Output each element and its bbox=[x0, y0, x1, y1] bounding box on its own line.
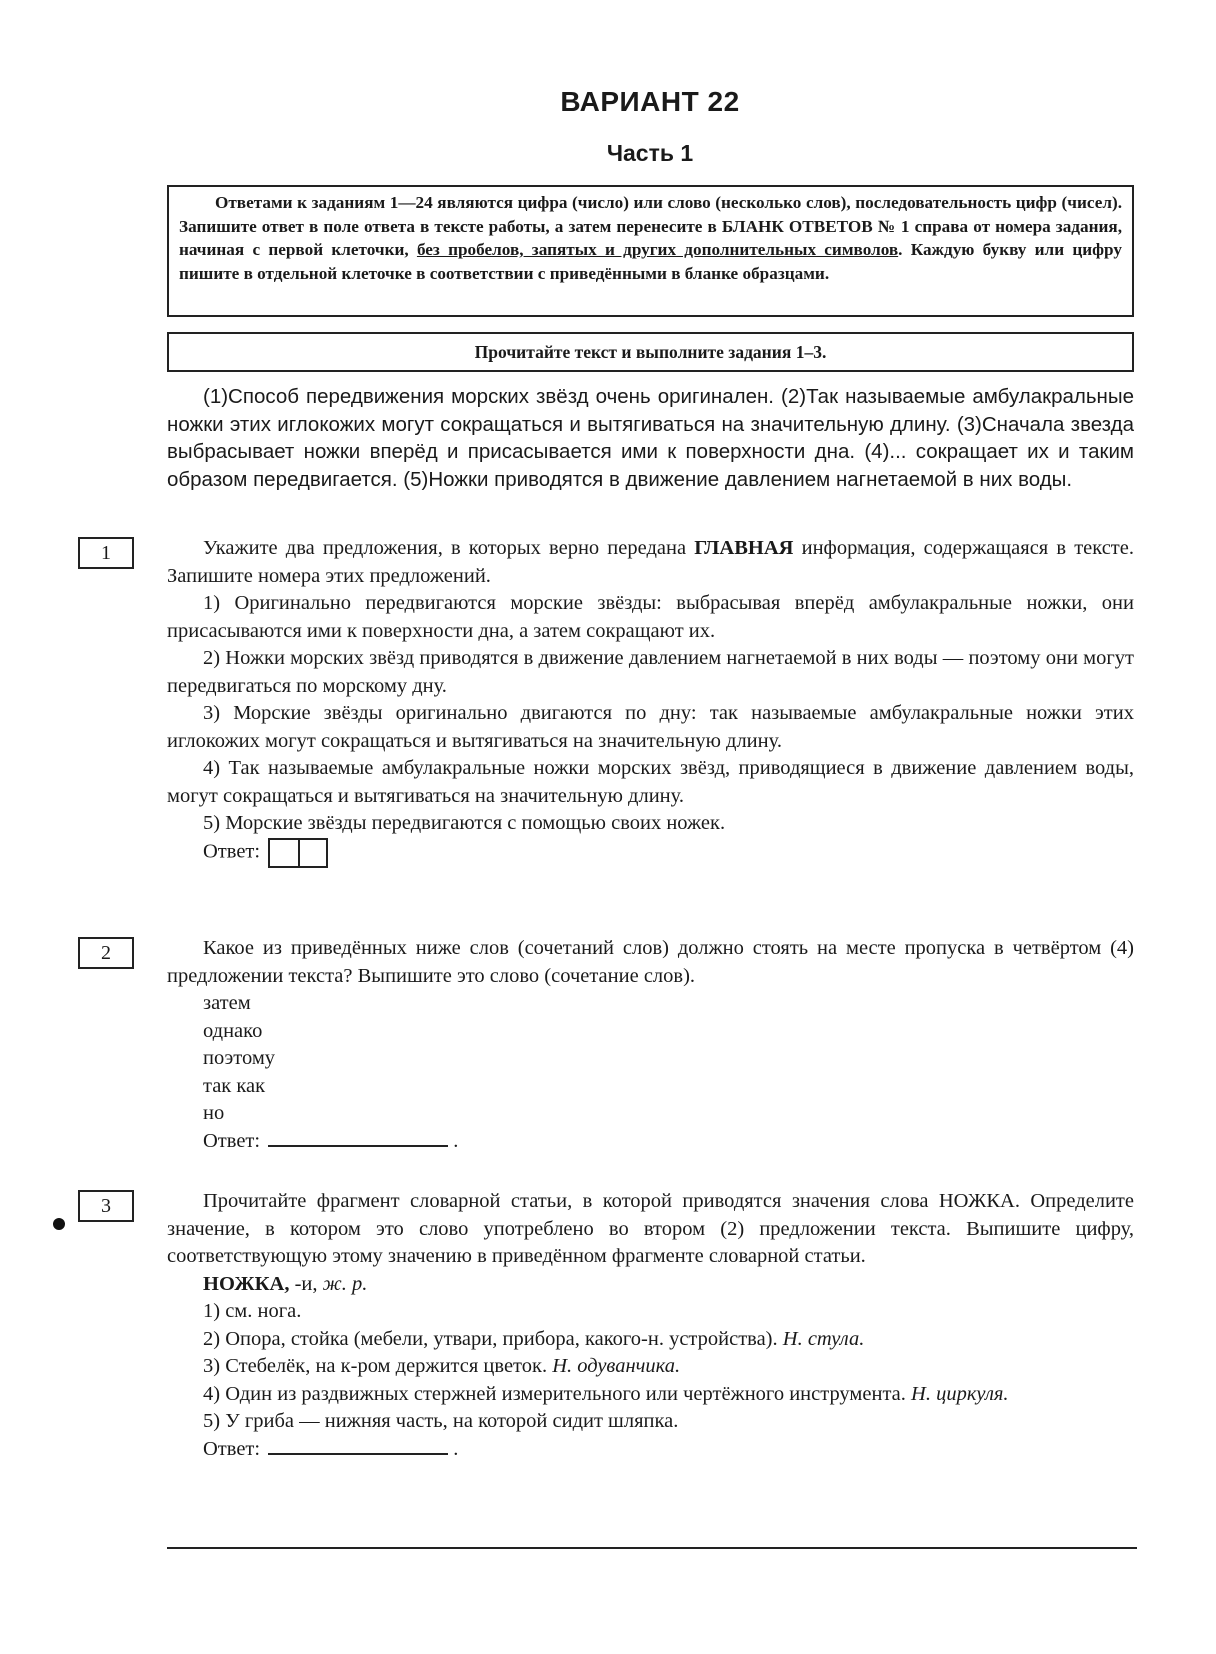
meaning-2: 2) Опора, стойка (мебели, утвари, прибор… bbox=[167, 1326, 1134, 1354]
task-number-1: 1 bbox=[78, 537, 134, 569]
task-number-2: 2 bbox=[78, 937, 134, 969]
task-2-answer-line[interactable] bbox=[268, 1145, 448, 1147]
answer-label: Ответ: bbox=[203, 1130, 260, 1152]
answer-label: Ответ: bbox=[203, 1438, 260, 1460]
answer-period: . bbox=[453, 1438, 458, 1460]
task-2-option-3: поэтому bbox=[167, 1045, 1134, 1073]
task-1-option-4: 4) Так называемые амбулакральные ножки м… bbox=[167, 755, 1134, 810]
task-1-answer-cells[interactable] bbox=[268, 838, 328, 868]
bottom-divider bbox=[167, 1547, 1137, 1549]
reading-prompt: Прочитайте текст и выполните задания 1–3… bbox=[475, 342, 827, 362]
task-2-option-2: однако bbox=[167, 1018, 1134, 1046]
bullet-marker bbox=[53, 1218, 65, 1230]
meaning-3: 3) Стебелёк, на к-ром держится цветок. Н… bbox=[167, 1353, 1134, 1381]
instructions-underlined: без пробелов, запятых и других дополните… bbox=[417, 240, 898, 259]
task-1-option-1: 1) Оригинально передвигаются морские звё… bbox=[167, 590, 1134, 645]
task-3-answer: Ответ: . bbox=[167, 1436, 1134, 1464]
meaning-1: 1) см. нога. bbox=[167, 1298, 1134, 1326]
instructions-box: Ответами к заданиям 1—24 являются цифра … bbox=[167, 185, 1134, 317]
task-2-question: Какое из приведённых ниже слов (сочетани… bbox=[167, 935, 1134, 990]
task-2: Какое из приведённых ниже слов (сочетани… bbox=[167, 935, 1134, 1155]
task-1-option-5: 5) Морские звёзды передвигаются с помощь… bbox=[167, 810, 1134, 838]
task-2-option-5: но bbox=[167, 1100, 1134, 1128]
variant-title: ВАРИАНТ 22 bbox=[0, 86, 1216, 118]
task-2-option-4: так как bbox=[167, 1073, 1134, 1101]
part-title: Часть 1 bbox=[0, 140, 1216, 167]
answer-period: . bbox=[453, 1130, 458, 1152]
task-2-option-1: затем bbox=[167, 990, 1134, 1018]
task-1-question: Укажите два предложения, в которых верно… bbox=[167, 535, 1134, 590]
passage-text: (1)Способ передвижения морских звёзд оче… bbox=[167, 383, 1134, 493]
task-number-3: 3 bbox=[78, 1190, 134, 1222]
task-1-option-2: 2) Ножки морских звёзд приводятся в движ… bbox=[167, 645, 1134, 700]
meaning-4: 4) Один из раздвижных стержней измерител… bbox=[167, 1381, 1134, 1409]
reading-prompt-box: Прочитайте текст и выполните задания 1–3… bbox=[167, 332, 1134, 372]
task-1-option-3: 3) Морские звёзды оригинально двигаются … bbox=[167, 700, 1134, 755]
task-3-question: Прочитайте фрагмент словарной статьи, в … bbox=[167, 1188, 1134, 1271]
task-3: Прочитайте фрагмент словарной статьи, в … bbox=[167, 1188, 1134, 1463]
task-1-answer: Ответ: bbox=[167, 838, 1134, 868]
task-3-answer-line[interactable] bbox=[268, 1453, 448, 1455]
dictionary-entry-header: НОЖКА, -и, ж. р. bbox=[167, 1271, 1134, 1299]
task-2-answer: Ответ: . bbox=[167, 1128, 1134, 1156]
answer-label: Ответ: bbox=[203, 840, 260, 862]
meaning-5: 5) У гриба — нижняя часть, на которой си… bbox=[167, 1408, 1134, 1436]
task-1: Укажите два предложения, в которых верно… bbox=[167, 535, 1134, 868]
